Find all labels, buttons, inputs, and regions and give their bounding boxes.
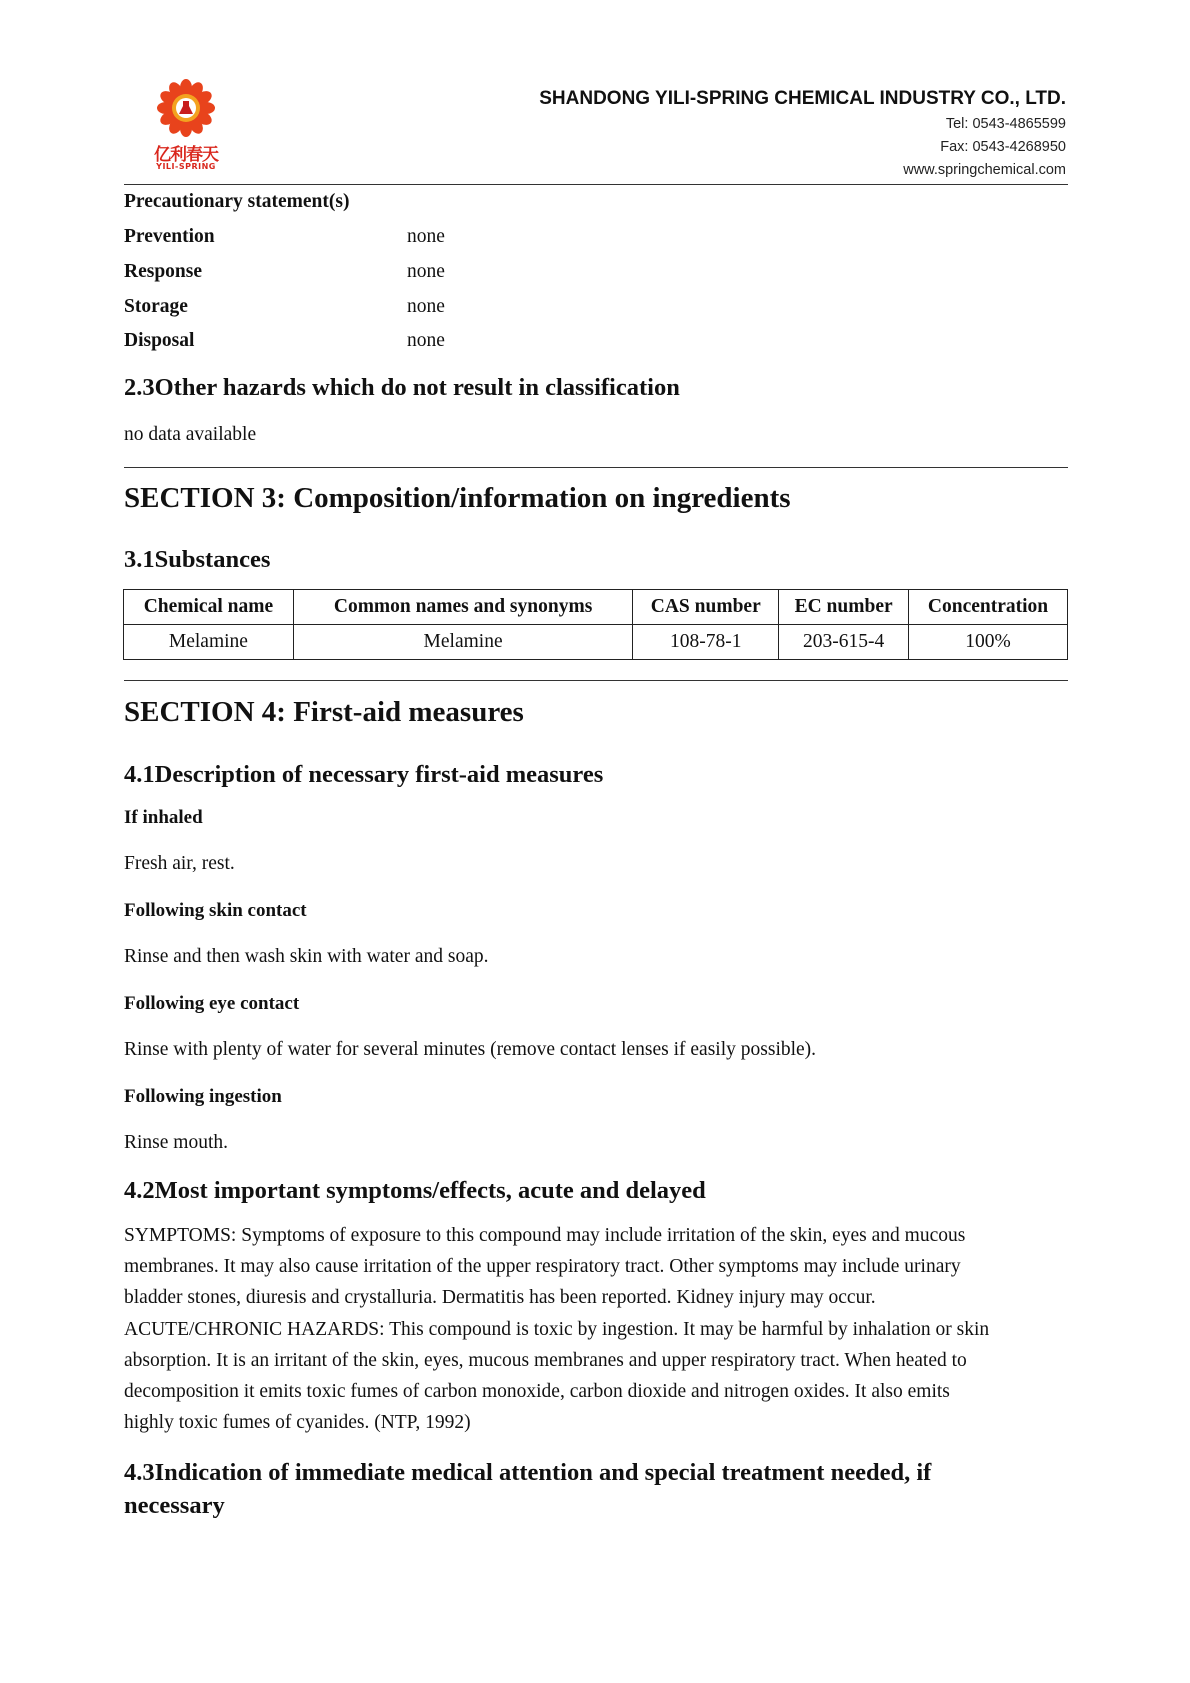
table-cell: Melamine	[124, 625, 294, 660]
table-row: Melamine Melamine 108-78-1 203-615-4 100…	[124, 625, 1068, 660]
table-cell: 100%	[909, 625, 1068, 660]
symptoms-paragraph: SYMPTOMS: Symptoms of exposure to this c…	[124, 1220, 1074, 1438]
paragraph-line: highly toxic fumes of cyanides. (NTP, 19…	[124, 1407, 1074, 1438]
section-4-3-heading-cont: necessary	[124, 1492, 225, 1520]
table-cell: 108-78-1	[633, 625, 779, 660]
logo-english-text: YILI-SPRING	[136, 162, 236, 171]
column-header: CAS number	[633, 590, 779, 625]
section-2-3-heading: 2.3Other hazards which do not result in …	[124, 374, 680, 402]
precaution-value: none	[407, 330, 445, 352]
paragraph-line: membranes. It may also cause irritation …	[124, 1251, 1074, 1282]
paragraph-line: bladder stones, diuresis and crystalluri…	[124, 1282, 1074, 1313]
precaution-value: none	[407, 226, 445, 248]
section-4-3-heading: 4.3Indication of immediate medical atten…	[124, 1459, 931, 1487]
company-fax: Fax: 0543-4268950	[940, 139, 1066, 155]
precautionary-title: Precautionary statement(s)	[124, 191, 349, 213]
header-rule	[124, 184, 1068, 185]
section-4-heading: SECTION 4: First-aid measures	[124, 696, 524, 729]
first-aid-label: If inhaled	[124, 807, 203, 829]
paragraph-line: decomposition it emits toxic fumes of ca…	[124, 1376, 1074, 1407]
table-cell: Melamine	[293, 625, 633, 660]
precaution-value: none	[407, 296, 445, 318]
precaution-label: Prevention	[124, 226, 215, 248]
section-3-1-heading: 3.1Substances	[124, 546, 270, 574]
paragraph-line: ACUTE/CHRONIC HAZARDS: This compound is …	[124, 1314, 1074, 1345]
first-aid-label: Following eye contact	[124, 993, 299, 1015]
company-logo: 亿利春天 YILI-SPRING	[136, 78, 236, 184]
first-aid-text: Rinse mouth.	[124, 1132, 228, 1154]
column-header: Chemical name	[124, 590, 294, 625]
first-aid-text: Rinse and then wash skin with water and …	[124, 946, 488, 968]
section-3-heading: SECTION 3: Composition/information on in…	[124, 482, 791, 515]
first-aid-label: Following skin contact	[124, 900, 307, 922]
sunflower-flask-logo-icon	[136, 78, 236, 140]
company-name: SHANDONG YILI-SPRING CHEMICAL INDUSTRY C…	[539, 88, 1066, 110]
paragraph-line: SYMPTOMS: Symptoms of exposure to this c…	[124, 1220, 1074, 1251]
first-aid-label: Following ingestion	[124, 1086, 282, 1108]
table-header-row: Chemical name Common names and synonyms …	[124, 590, 1068, 625]
section-rule	[124, 680, 1068, 681]
first-aid-text: Rinse with plenty of water for several m…	[124, 1039, 816, 1061]
column-header: EC number	[779, 590, 909, 625]
substances-table: Chemical name Common names and synonyms …	[123, 589, 1068, 660]
section-4-1-heading: 4.1Description of necessary first-aid me…	[124, 761, 603, 789]
precaution-label: Disposal	[124, 330, 194, 352]
section-2-3-text: no data available	[124, 424, 256, 446]
company-website[interactable]: www.springchemical.com	[903, 162, 1066, 178]
section-4-2-heading: 4.2Most important symptoms/effects, acut…	[124, 1177, 706, 1205]
section-rule	[124, 467, 1068, 468]
first-aid-text: Fresh air, rest.	[124, 853, 235, 875]
precaution-value: none	[407, 261, 445, 283]
precaution-label: Storage	[124, 296, 188, 318]
company-tel: Tel: 0543-4865599	[946, 116, 1066, 132]
table-cell: 203-615-4	[779, 625, 909, 660]
paragraph-line: absorption. It is an irritant of the ski…	[124, 1345, 1074, 1376]
column-header: Common names and synonyms	[293, 590, 633, 625]
column-header: Concentration	[909, 590, 1068, 625]
precaution-label: Response	[124, 261, 202, 283]
